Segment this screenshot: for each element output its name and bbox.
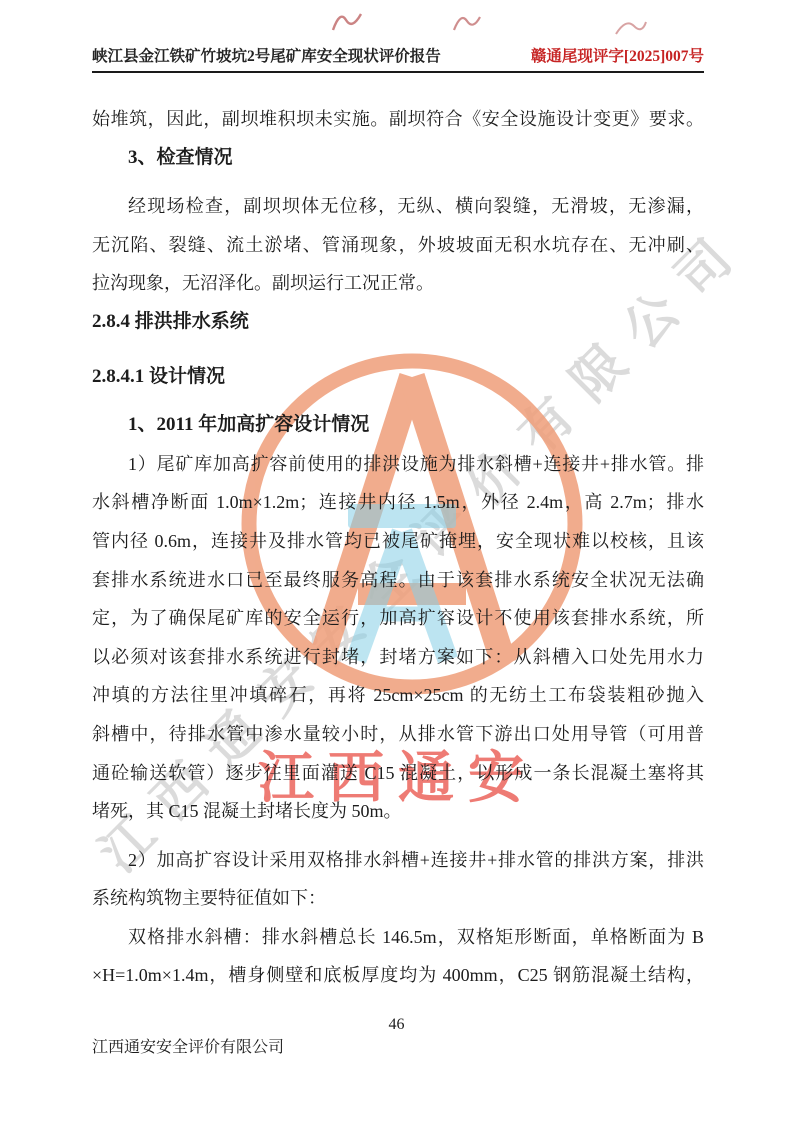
- text-line: 堵死，其 C15 混凝土封堵长度为 50m。: [92, 792, 704, 831]
- footer-company-name: 江西通安安全评价有限公司: [92, 1034, 284, 1057]
- text-line: 系统构筑物主要特征值如下：: [92, 879, 704, 918]
- heading-line: 2.8.4.1 设计情况: [92, 358, 704, 397]
- text-line: 水斜槽净断面 1.0m×1.2m；连接井内径 1.5m，外径 2.4m，高 2.…: [92, 483, 704, 522]
- heading-line: 3、检查情况: [92, 139, 704, 178]
- page-number: 46: [0, 1016, 793, 1034]
- text-line: 套排水系统进水口已至最终服务高程。由于该套排水系统安全状况无法确: [92, 561, 704, 600]
- text-line: 拉沟现象，无沼泽化。副坝运行工况正常。: [92, 264, 704, 303]
- content: 始堆筑，因此，副坝堆积坝未实施。副坝符合《安全设施设计变更》要求。3、检查情况经…: [92, 100, 704, 995]
- text-line: 始堆筑，因此，副坝堆积坝未实施。副坝符合《安全设施设计变更》要求。: [92, 100, 704, 139]
- text-line: 冲填的方法往里冲填碎石，再将 25cm×25cm 的无纺土工布袋装粗砂抛入: [92, 676, 704, 715]
- header-report-title: 峡江县金江铁矿竹坡坑2号尾矿库安全现状评价报告: [92, 44, 441, 66]
- red-pen-mark-icon: [330, 6, 364, 36]
- document-page: 峡江县金江铁矿竹坡坑2号尾矿库安全现状评价报告 赣通尾现评字[2025]007号…: [0, 0, 793, 1122]
- text-line: 通砼输送软管）逐步往里面灌送 C15 混凝土，以形成一条长混凝土塞将其: [92, 754, 704, 793]
- text-line: 定，为了确保尾矿库的安全运行，加高扩容设计不使用该套排水系统，所: [92, 599, 704, 638]
- header-doc-number: 赣通尾现评字[2025]007号: [531, 44, 704, 66]
- red-pen-mark-icon: [614, 16, 648, 40]
- red-pen-mark-icon: [452, 10, 482, 36]
- text-line: 经现场检查，副坝坝体无位移，无纵、横向裂缝，无滑坡，无渗漏，: [92, 187, 704, 226]
- text-line: 无沉陷、裂缝、流土淤堵、管涌现象，外坡坡面无积水坑存在、无冲刷、: [92, 226, 704, 265]
- text-line: ×H=1.0m×1.4m，槽身侧壁和底板厚度均为 400mm，C25 钢筋混凝土…: [92, 956, 704, 995]
- heading-line: 1、2011 年加高扩容设计情况: [92, 406, 704, 445]
- text-line: 管内径 0.6m，连接井及排水管均已被尾矿掩埋，安全现状难以校核，且该: [92, 522, 704, 561]
- header-rule: [92, 71, 704, 73]
- page-header: 峡江县金江铁矿竹坡坑2号尾矿库安全现状评价报告 赣通尾现评字[2025]007号: [92, 44, 704, 66]
- heading-line: 2.8.4 排洪排水系统: [92, 303, 704, 342]
- text-line: 1）尾矿库加高扩容前使用的排洪设施为排水斜槽+连接井+排水管。排: [92, 445, 704, 484]
- text-line: 斜槽中，待排水管中渗水量较小时，从排水管下游出口处用导管（可用普: [92, 715, 704, 754]
- text-line: 以必须对该套排水系统进行封堵，封堵方案如下：从斜槽入口处先用水力: [92, 638, 704, 677]
- text-line: 2）加高扩容设计采用双格排水斜槽+连接井+排水管的排洪方案，排洪: [92, 841, 704, 880]
- text-line: 双格排水斜槽：排水斜槽总长 146.5m，双格矩形断面，单格断面为 B: [92, 918, 704, 957]
